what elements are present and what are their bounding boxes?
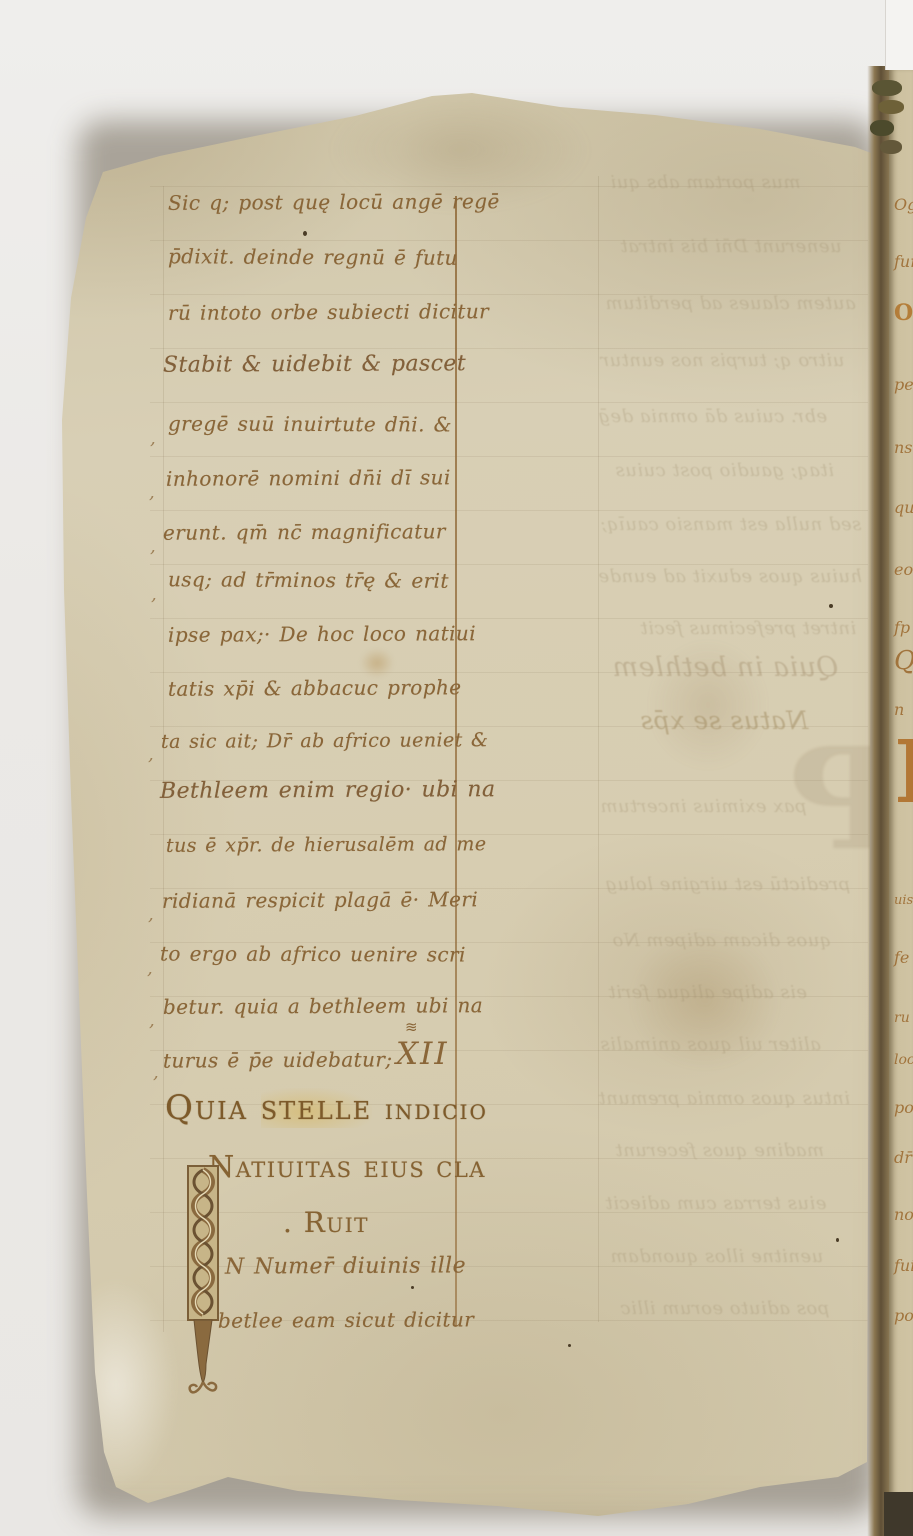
- text-line: betur. quia a bethleem ubi na: [163, 993, 483, 1019]
- text-line: tus ē xp̄r. de hierusalēm ad me: [166, 833, 487, 857]
- adjacent-page-text-fragment: ns: [894, 438, 913, 457]
- margin-mark: ,: [149, 482, 155, 503]
- binding-thread: [880, 140, 902, 154]
- showthrough-line: uenitne illos quondam: [610, 1246, 823, 1267]
- adjacent-page-text-fragment: po pu: [894, 1306, 913, 1325]
- margin-mark: ,: [148, 904, 154, 925]
- ink-speck: [303, 231, 307, 236]
- showthrough-line: ebr. cuius dā omnia deḡ: [598, 406, 827, 427]
- adjacent-page-text-fragment: post: [894, 1098, 913, 1117]
- text-line: rū intoto orbe subiecti dicitur: [168, 299, 489, 325]
- ink-speck: [568, 1344, 571, 1347]
- adjacent-page-text-fragment: fp: [894, 618, 910, 637]
- binding-thread: [878, 100, 904, 114]
- adjacent-page-text-fragment: fuiu: [894, 1256, 913, 1275]
- text-line: ridianā respicit plagā ē· Meri: [162, 887, 478, 913]
- parchment-page: Sic q; post quę locū angē regē p̄dixit. …: [0, 0, 913, 1536]
- display-line: Natiuitas eius cla: [208, 1150, 486, 1185]
- text-line: to ergo ab africo uenire scri: [160, 941, 466, 966]
- margin-mark: ,: [151, 584, 157, 605]
- column-ruling-right: [598, 176, 599, 1322]
- showthrough-line: madine quos fecerunt: [615, 1140, 824, 1161]
- showthrough-line: aliter uil quos animalis: [600, 1034, 821, 1055]
- text-line: N Numer̄ diuinis ille: [225, 1253, 466, 1279]
- showthrough-line: eius terras cum adiecit: [605, 1193, 826, 1214]
- showthrough-line: autem claues ad perditum: [605, 293, 856, 314]
- showthrough-line: uenerunt Dn̄i bis intrat: [620, 236, 842, 257]
- text-line: tatis xp̄i & abbacuc prophe: [168, 675, 462, 701]
- showthrough-line: quos dicam adipem No: [612, 930, 831, 951]
- showthrough-line: intret prefecimus fecit: [640, 618, 856, 639]
- margin-mark: ,: [150, 536, 156, 557]
- showthrough-line: eis adipe aliqua ferit: [608, 982, 807, 1003]
- text-line: inhonorē nomini dn̄i dī sui: [166, 465, 451, 490]
- text-line: p̄dixit. deinde regnū ē futu: [168, 244, 458, 270]
- photo-backdrop: Sic q; post quę locū angē regē p̄dixit. …: [0, 0, 913, 1536]
- text-line: ta sic ait; Dr̄ ab africo ueniet &: [161, 729, 488, 753]
- text-line: gregē suū inuirtute dn̄i. &: [168, 412, 452, 437]
- adjacent-page-text-fragment: uis: [894, 893, 913, 908]
- ink-speck: [829, 604, 833, 608]
- text-line: Sic q; post quę locū angē regē: [168, 189, 500, 215]
- adjacent-page-text-fragment: n: [894, 700, 904, 719]
- showthrough-line: huius quos eduxit ad eunde: [598, 566, 862, 587]
- showthrough-line: pos adiuto eorum illic: [620, 1298, 829, 1319]
- adjacent-page-text-fragment: OC: [894, 300, 913, 326]
- adjacent-page-text-fragment: fur: [894, 252, 913, 271]
- book-gutter-edge: [866, 66, 890, 1536]
- binding-thread: [870, 120, 894, 136]
- rubric-heading: Quia stelle indicio: [165, 1088, 488, 1128]
- adjacent-page-text-fragment: eor: [894, 560, 913, 579]
- showthrough-line: predictū est uirgine lolug: [605, 874, 850, 895]
- text-line: Stabit & uidebit & pascet: [163, 351, 466, 378]
- decorated-initial-i: [186, 1164, 222, 1404]
- showthrough-heading: Quia in bethlem: [612, 652, 839, 683]
- rubric-word: indicio: [385, 1093, 488, 1126]
- text-line: Bethleem enim regio· ubi na: [160, 777, 496, 804]
- showthrough-line: intus quos omnia premunt: [598, 1088, 850, 1109]
- showthrough-line: sed nulla est mansio cauīq;: [600, 514, 861, 535]
- showthrough-line: uitro q; turpis nos euntur: [600, 350, 844, 371]
- adjacent-page-text-fragment: loco: [894, 1052, 913, 1068]
- showthrough-line: pax eximius incertum: [600, 796, 807, 817]
- margin-mark: ,: [148, 744, 154, 765]
- text-line: ipse pax;· De hoc loco natiui: [168, 621, 476, 647]
- binding-thread: [872, 80, 902, 96]
- rubric-word-washed: stelle: [261, 1088, 372, 1128]
- showthrough-line: itaq; gaudio post cuius: [615, 460, 834, 481]
- showthrough-subheading: Natus se xp̄s: [640, 706, 808, 735]
- adjacent-page-text-fragment: fe: [894, 948, 909, 967]
- adjacent-page-text-fragment: que: [894, 498, 913, 517]
- adjacent-page-text-fragment: ru: [894, 1010, 910, 1026]
- rubric-word: Quia: [165, 1088, 248, 1128]
- adjacent-page-text-fragment: Og: [894, 195, 913, 214]
- backdrop-strip: [885, 0, 913, 70]
- display-line: . Ruit: [283, 1206, 369, 1239]
- adjacent-page-decorated-initial: E: [894, 722, 913, 823]
- ink-speck: [836, 1238, 839, 1242]
- text-line: betlee eam sicut dicitur: [218, 1307, 474, 1332]
- adjacent-page-text-fragment: dr̄ g: [894, 1148, 913, 1167]
- chapter-number: XII: [396, 1036, 449, 1072]
- showthrough-line: mus portam abs qui: [610, 172, 800, 193]
- margin-mark: ,: [147, 958, 153, 979]
- adjacent-page-text-fragment: pe: [894, 375, 913, 394]
- binding-shadow-corner: [884, 1492, 913, 1536]
- text-line: erunt. qm̄ nc̄ magnificatur: [163, 519, 446, 544]
- adjacent-page-text-fragment: Q: [894, 646, 913, 676]
- text-line: turus ē p̄e uidebatur;: [163, 1047, 393, 1072]
- margin-mark: ,: [153, 1062, 159, 1083]
- margin-mark: ,: [149, 1010, 155, 1031]
- chapter-number-flourish: ≋: [405, 1018, 418, 1036]
- adjacent-page-text-fragment: nol: [894, 1205, 913, 1224]
- margin-mark: ,: [150, 428, 156, 449]
- ink-speck: [411, 1286, 414, 1289]
- text-line: usq; ad tr̄minos tr̄ę & erit: [168, 567, 449, 592]
